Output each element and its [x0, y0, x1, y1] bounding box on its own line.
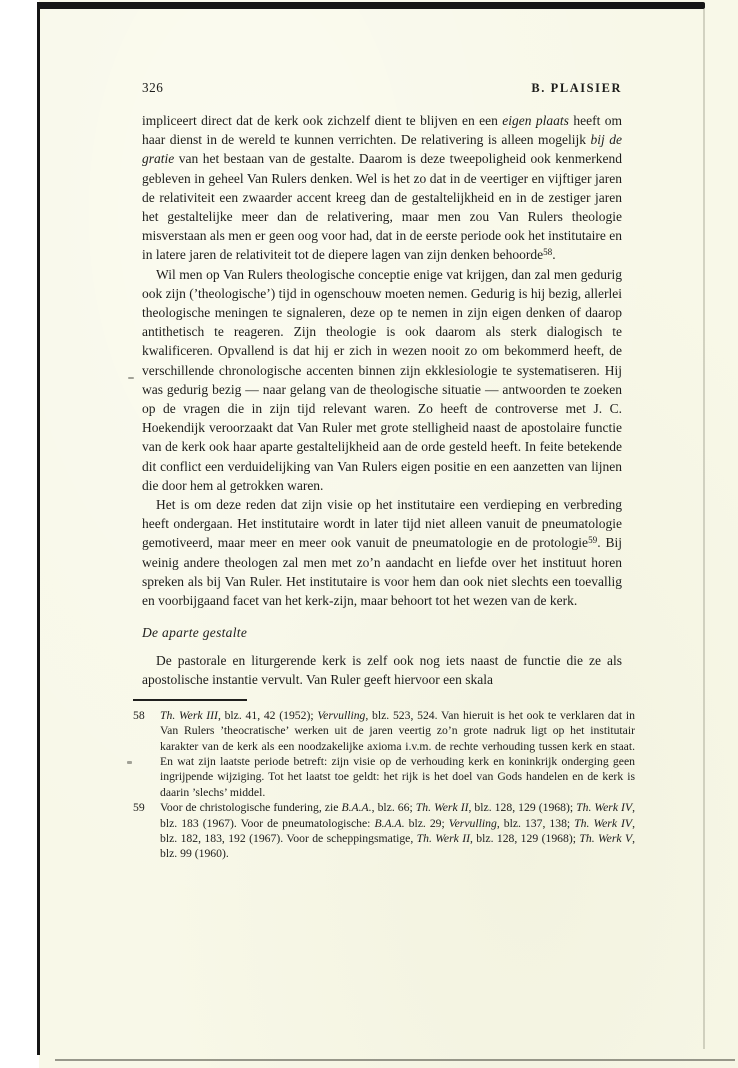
footnotes-list: 58Th. Werk III, blz. 41, 42 (1952); Verv…: [133, 708, 635, 862]
scan-left-edge-line: [37, 2, 40, 1055]
footnote-number: 59: [133, 800, 145, 815]
footnote: 59Voor de christologische fundering, zie…: [133, 800, 635, 862]
scan-right-edge-line: [703, 9, 705, 1049]
footnote-number: 58: [133, 708, 145, 723]
text-column: 326 B. PLAISIER impliceert direct dat de…: [142, 80, 622, 862]
running-header-author: B. PLAISIER: [531, 81, 622, 96]
paragraphs-top: impliceert direct dat de kerk ook zichze…: [142, 111, 622, 610]
scan-speck: [128, 377, 134, 379]
paragraph: Wil men op Van Rulers theologische conce…: [142, 265, 622, 495]
page-number: 326: [142, 80, 163, 96]
paragraph: De pastorale en liturgerende kerk is zel…: [142, 651, 622, 689]
footnote: 58Th. Werk III, blz. 41, 42 (1952); Verv…: [133, 708, 635, 800]
scan-bottom-edge-line: [55, 1059, 735, 1061]
paragraph: Het is om deze reden dat zijn visie op h…: [142, 495, 622, 610]
paragraphs-bottom: De pastorale en liturgerende kerk is zel…: [142, 651, 622, 689]
section-heading: De aparte gestalte: [142, 625, 622, 641]
scan-top-edge-line: [37, 2, 705, 9]
footnote-separator: [133, 699, 247, 701]
running-header: 326 B. PLAISIER: [142, 80, 622, 96]
scan-speck: [127, 761, 132, 764]
paragraph: impliceert direct dat de kerk ook zichze…: [142, 111, 622, 265]
body-text: impliceert direct dat de kerk ook zichze…: [142, 111, 622, 690]
